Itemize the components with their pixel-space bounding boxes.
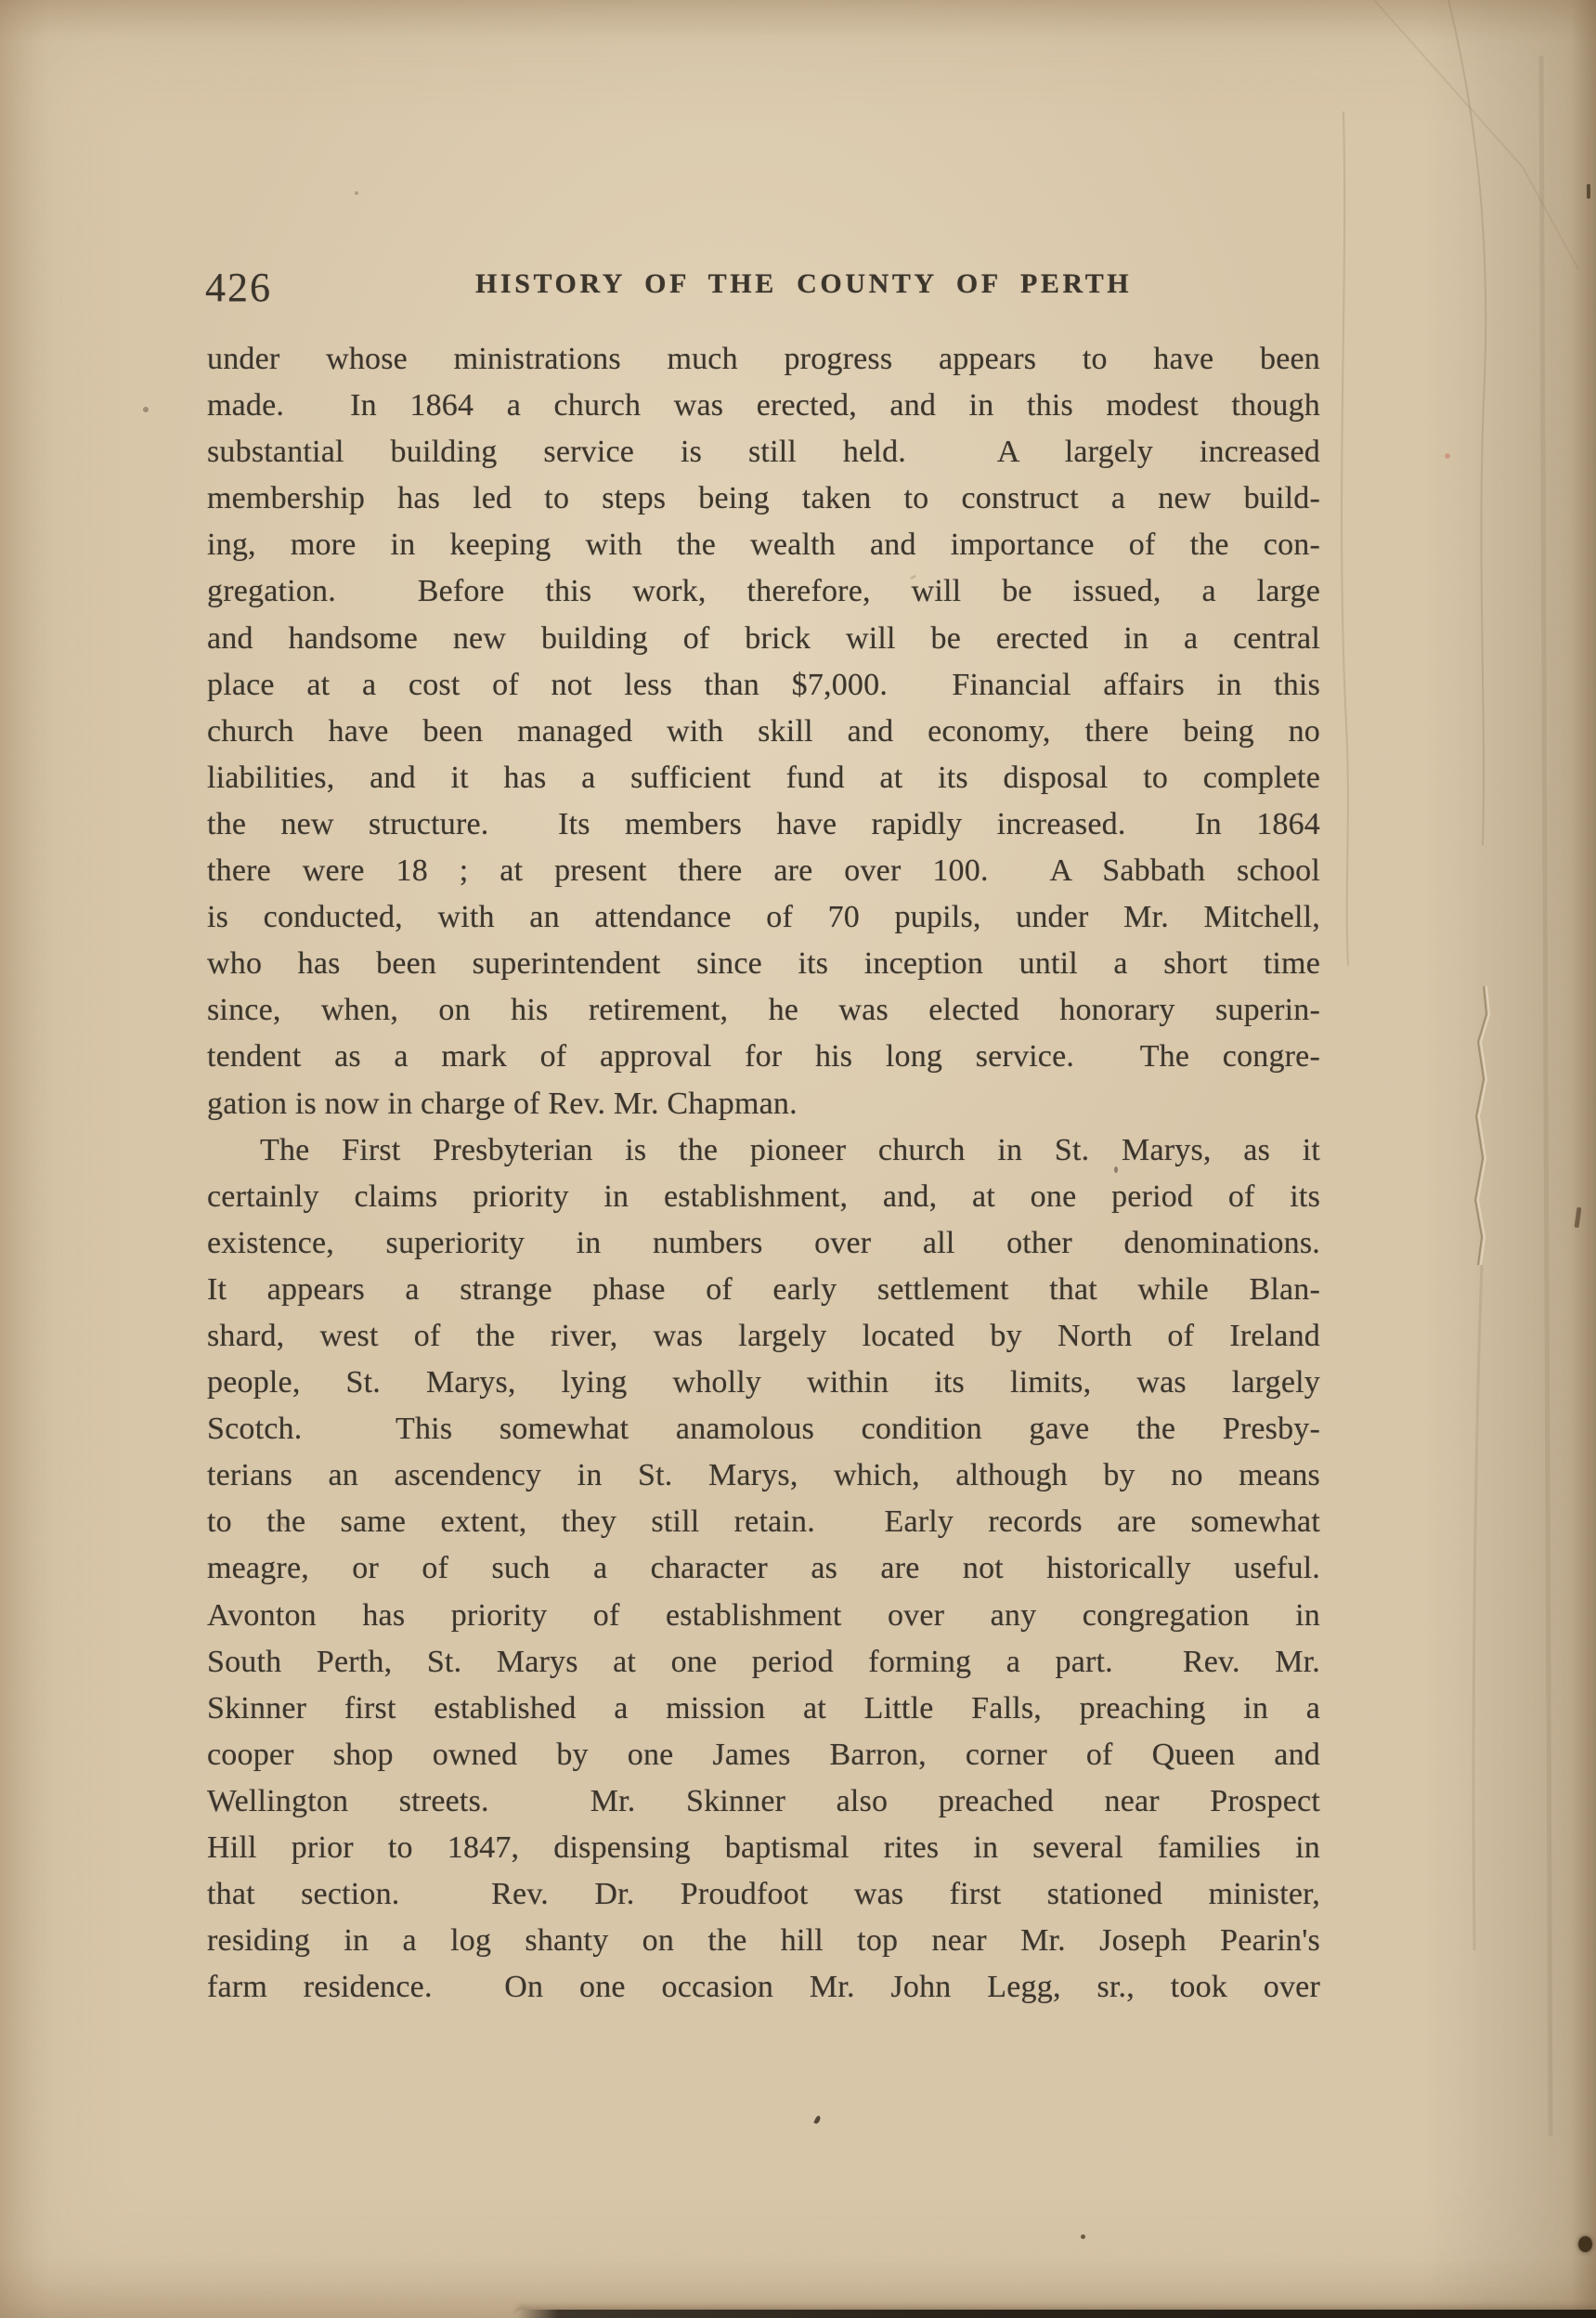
page-number: 426 — [205, 267, 272, 308]
text-line: Skinner first established a mission at L… — [207, 1686, 1320, 1732]
text-line: is conducted, with an attendance of 70 p… — [207, 894, 1320, 941]
book-edge-shadow — [516, 2310, 1596, 2318]
paper-speck — [1574, 1207, 1581, 1228]
text-line: Wellington streets. Mr. Skinner also pre… — [207, 1778, 1320, 1825]
paper-speck — [1114, 1166, 1118, 1173]
text-line: since, when, on his retirement, he was e… — [207, 987, 1320, 1034]
text-line: the new structure. Its members have rapi… — [207, 801, 1320, 848]
text-line: Hill prior to 1847, dispensing baptismal… — [207, 1825, 1320, 1871]
text-line: ing, more in keeping with the wealth and… — [207, 522, 1320, 568]
text-line: The First Presbyterian is the pioneer ch… — [207, 1127, 1320, 1174]
text-line: existence, superiority in numbers over a… — [207, 1220, 1320, 1267]
paper-stain — [1578, 2236, 1592, 2252]
text-line: South Perth, St. Marys at one period for… — [207, 1639, 1320, 1686]
text-line: and handsome new building of brick will … — [207, 616, 1320, 662]
text-line: certainly claims priority in establishme… — [207, 1174, 1320, 1220]
paper-speck — [1445, 453, 1450, 459]
running-header-title: HISTORY OF THE COUNTY OF PERTH — [475, 270, 1132, 298]
paragraph-2: The First Presbyterian is the pioneer ch… — [207, 1127, 1320, 2012]
text-line: church have been managed with skill and … — [207, 709, 1320, 755]
text-line: residing in a log shanty on the hill top… — [207, 1918, 1320, 1964]
book-page-scan: 426 HISTORY OF THE COUNTY OF PERTH under… — [0, 0, 1596, 2318]
text-line: place at a cost of not less than $7,000.… — [207, 662, 1320, 709]
text-line: to the same extent, they still retain. E… — [207, 1499, 1320, 1545]
text-line: substantial building service is still he… — [207, 429, 1320, 475]
text-line: people, St. Marys, lying wholly within i… — [207, 1360, 1320, 1406]
text-line: Scotch. This somewhat anamolous conditio… — [207, 1406, 1320, 1452]
paper-speck — [813, 2115, 821, 2124]
text-line: It appears a strange phase of early sett… — [207, 1267, 1320, 1313]
paper-speck — [1081, 2234, 1085, 2239]
text-line: shard, west of the river, was largely lo… — [207, 1313, 1320, 1360]
text-line: farm residence. On one occasion Mr. John… — [207, 1964, 1320, 2011]
text-line: tendent as a mark of approval for his lo… — [207, 1034, 1320, 1080]
paper-speck — [143, 407, 149, 412]
text-line: Avonton has priority of establishment ov… — [207, 1593, 1320, 1639]
body-text: under whose ministrations much progress … — [207, 336, 1320, 2011]
paper-speck — [1587, 184, 1590, 199]
text-line: who has been superintendent since its in… — [207, 941, 1320, 987]
text-line: gregation. Before this work, therefore, … — [207, 568, 1320, 615]
paragraph-1: under whose ministrations much progress … — [207, 336, 1320, 1127]
paper-speck — [355, 191, 358, 195]
text-line: gation is now in charge of Rev. Mr. Chap… — [207, 1081, 1320, 1127]
text-line: cooper shop owned by one James Barron, c… — [207, 1732, 1320, 1778]
text-line: made. In 1864 a church was erected, and … — [207, 383, 1320, 429]
text-line: there were 18 ; at present there are ove… — [207, 848, 1320, 894]
text-line: under whose ministrations much progress … — [207, 336, 1320, 383]
text-line: liabilities, and it has a sufficient fun… — [207, 755, 1320, 801]
text-line: that section. Rev. Dr. Proudfoot was fir… — [207, 1871, 1320, 1918]
text-line: meagre, or of such a character as are no… — [207, 1545, 1320, 1592]
text-line: membership has led to steps being taken … — [207, 475, 1320, 522]
text-line: terians an ascendency in St. Marys, whic… — [207, 1452, 1320, 1499]
